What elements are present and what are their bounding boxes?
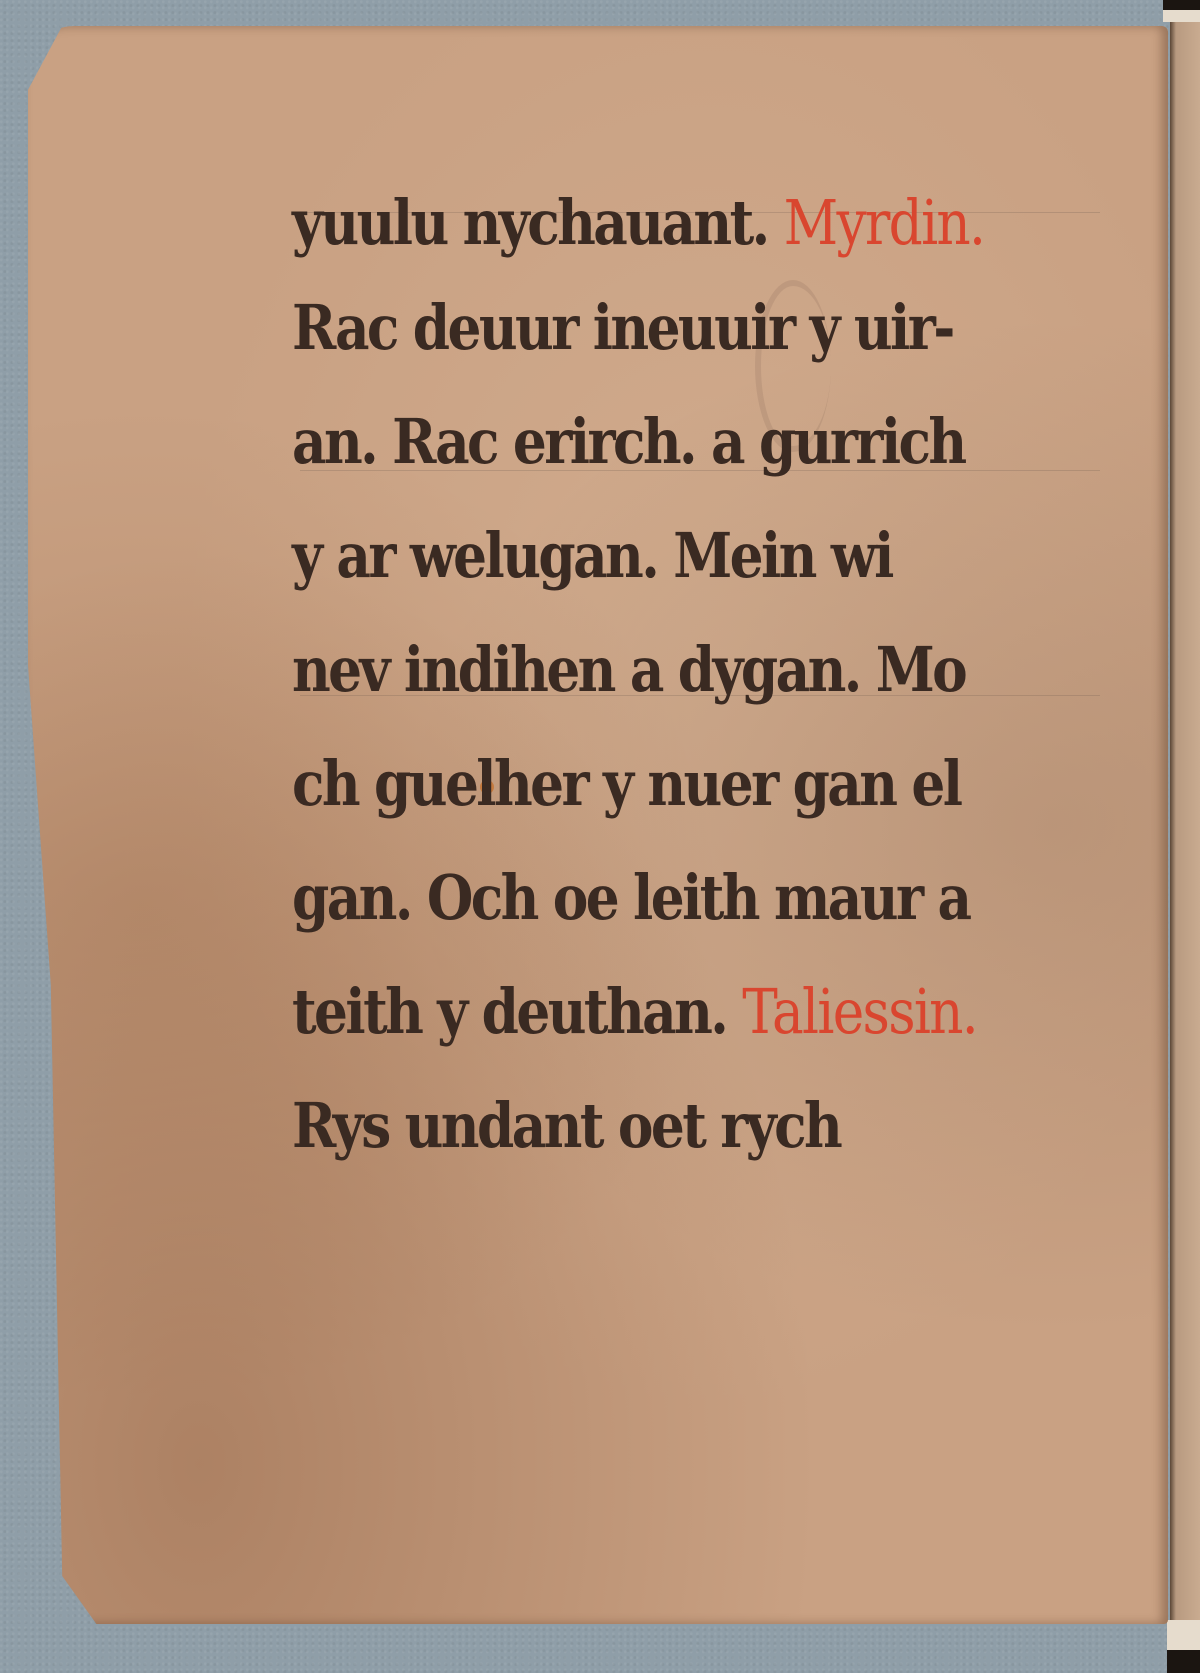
text-line: Rys undant oet rych bbox=[292, 1069, 971, 1183]
facing-page-edge bbox=[1170, 22, 1200, 1647]
text-line: ch guelher y nuer gan el bbox=[292, 727, 971, 841]
text-line: teith y deuthan. Taliessin. bbox=[292, 955, 971, 1069]
text-line: yuulu nychauant. Myrdin. bbox=[292, 175, 971, 271]
manuscript-text: yuulu nychauant. Myrdin. Rac deuur ineuu… bbox=[292, 175, 1082, 1183]
text-line: gan. Och oe leith maur a bbox=[292, 841, 971, 955]
rubric-taliessin: Taliessin. bbox=[742, 975, 977, 1048]
text-line: an. Rac erirch. a gurrich bbox=[292, 385, 971, 499]
binding-bottom bbox=[1167, 1620, 1200, 1673]
rubric-myrdin: Myrdin. bbox=[784, 186, 985, 259]
text-line: Rac deuur ineuuir y uir- bbox=[292, 271, 971, 385]
text-line: y ar welugan. Mein wi bbox=[292, 499, 971, 613]
binding-top bbox=[1163, 0, 1200, 22]
text-line: nev indihen a dygan. Mo bbox=[292, 613, 971, 727]
